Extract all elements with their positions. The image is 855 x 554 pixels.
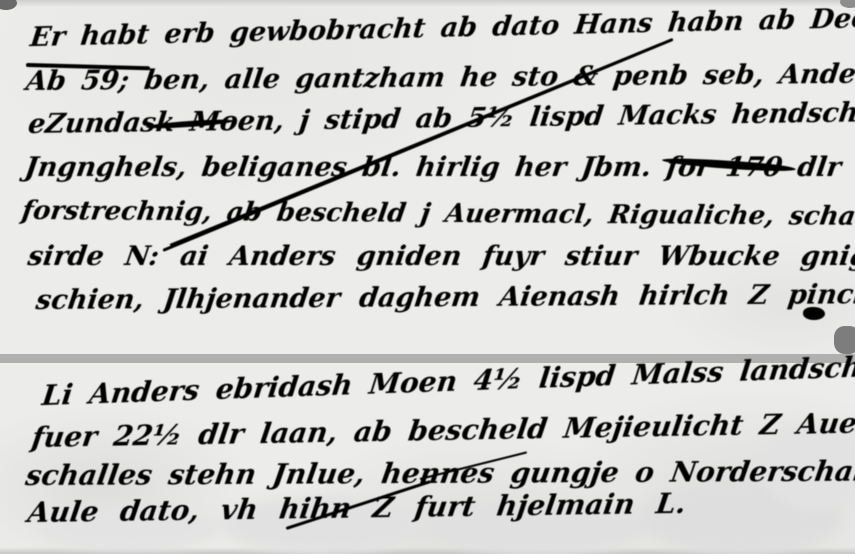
lower-entry-ink: Li Anders ebridash Moen 4½ lispd Malss l… <box>0 0 855 554</box>
manuscript-scan: Er habt erb gewbobracht ab dato Hans hab… <box>0 0 855 554</box>
handwriting-line: Li Anders ebridash Moen 4½ lispd Malss l… <box>41 352 855 410</box>
handwriting-line: fuer 22½ dlr laan, ab bescheld Mejieulic… <box>30 408 855 452</box>
handwriting-line: Aule dato, vh hihn Z furt hjelmain L. <box>26 490 688 527</box>
